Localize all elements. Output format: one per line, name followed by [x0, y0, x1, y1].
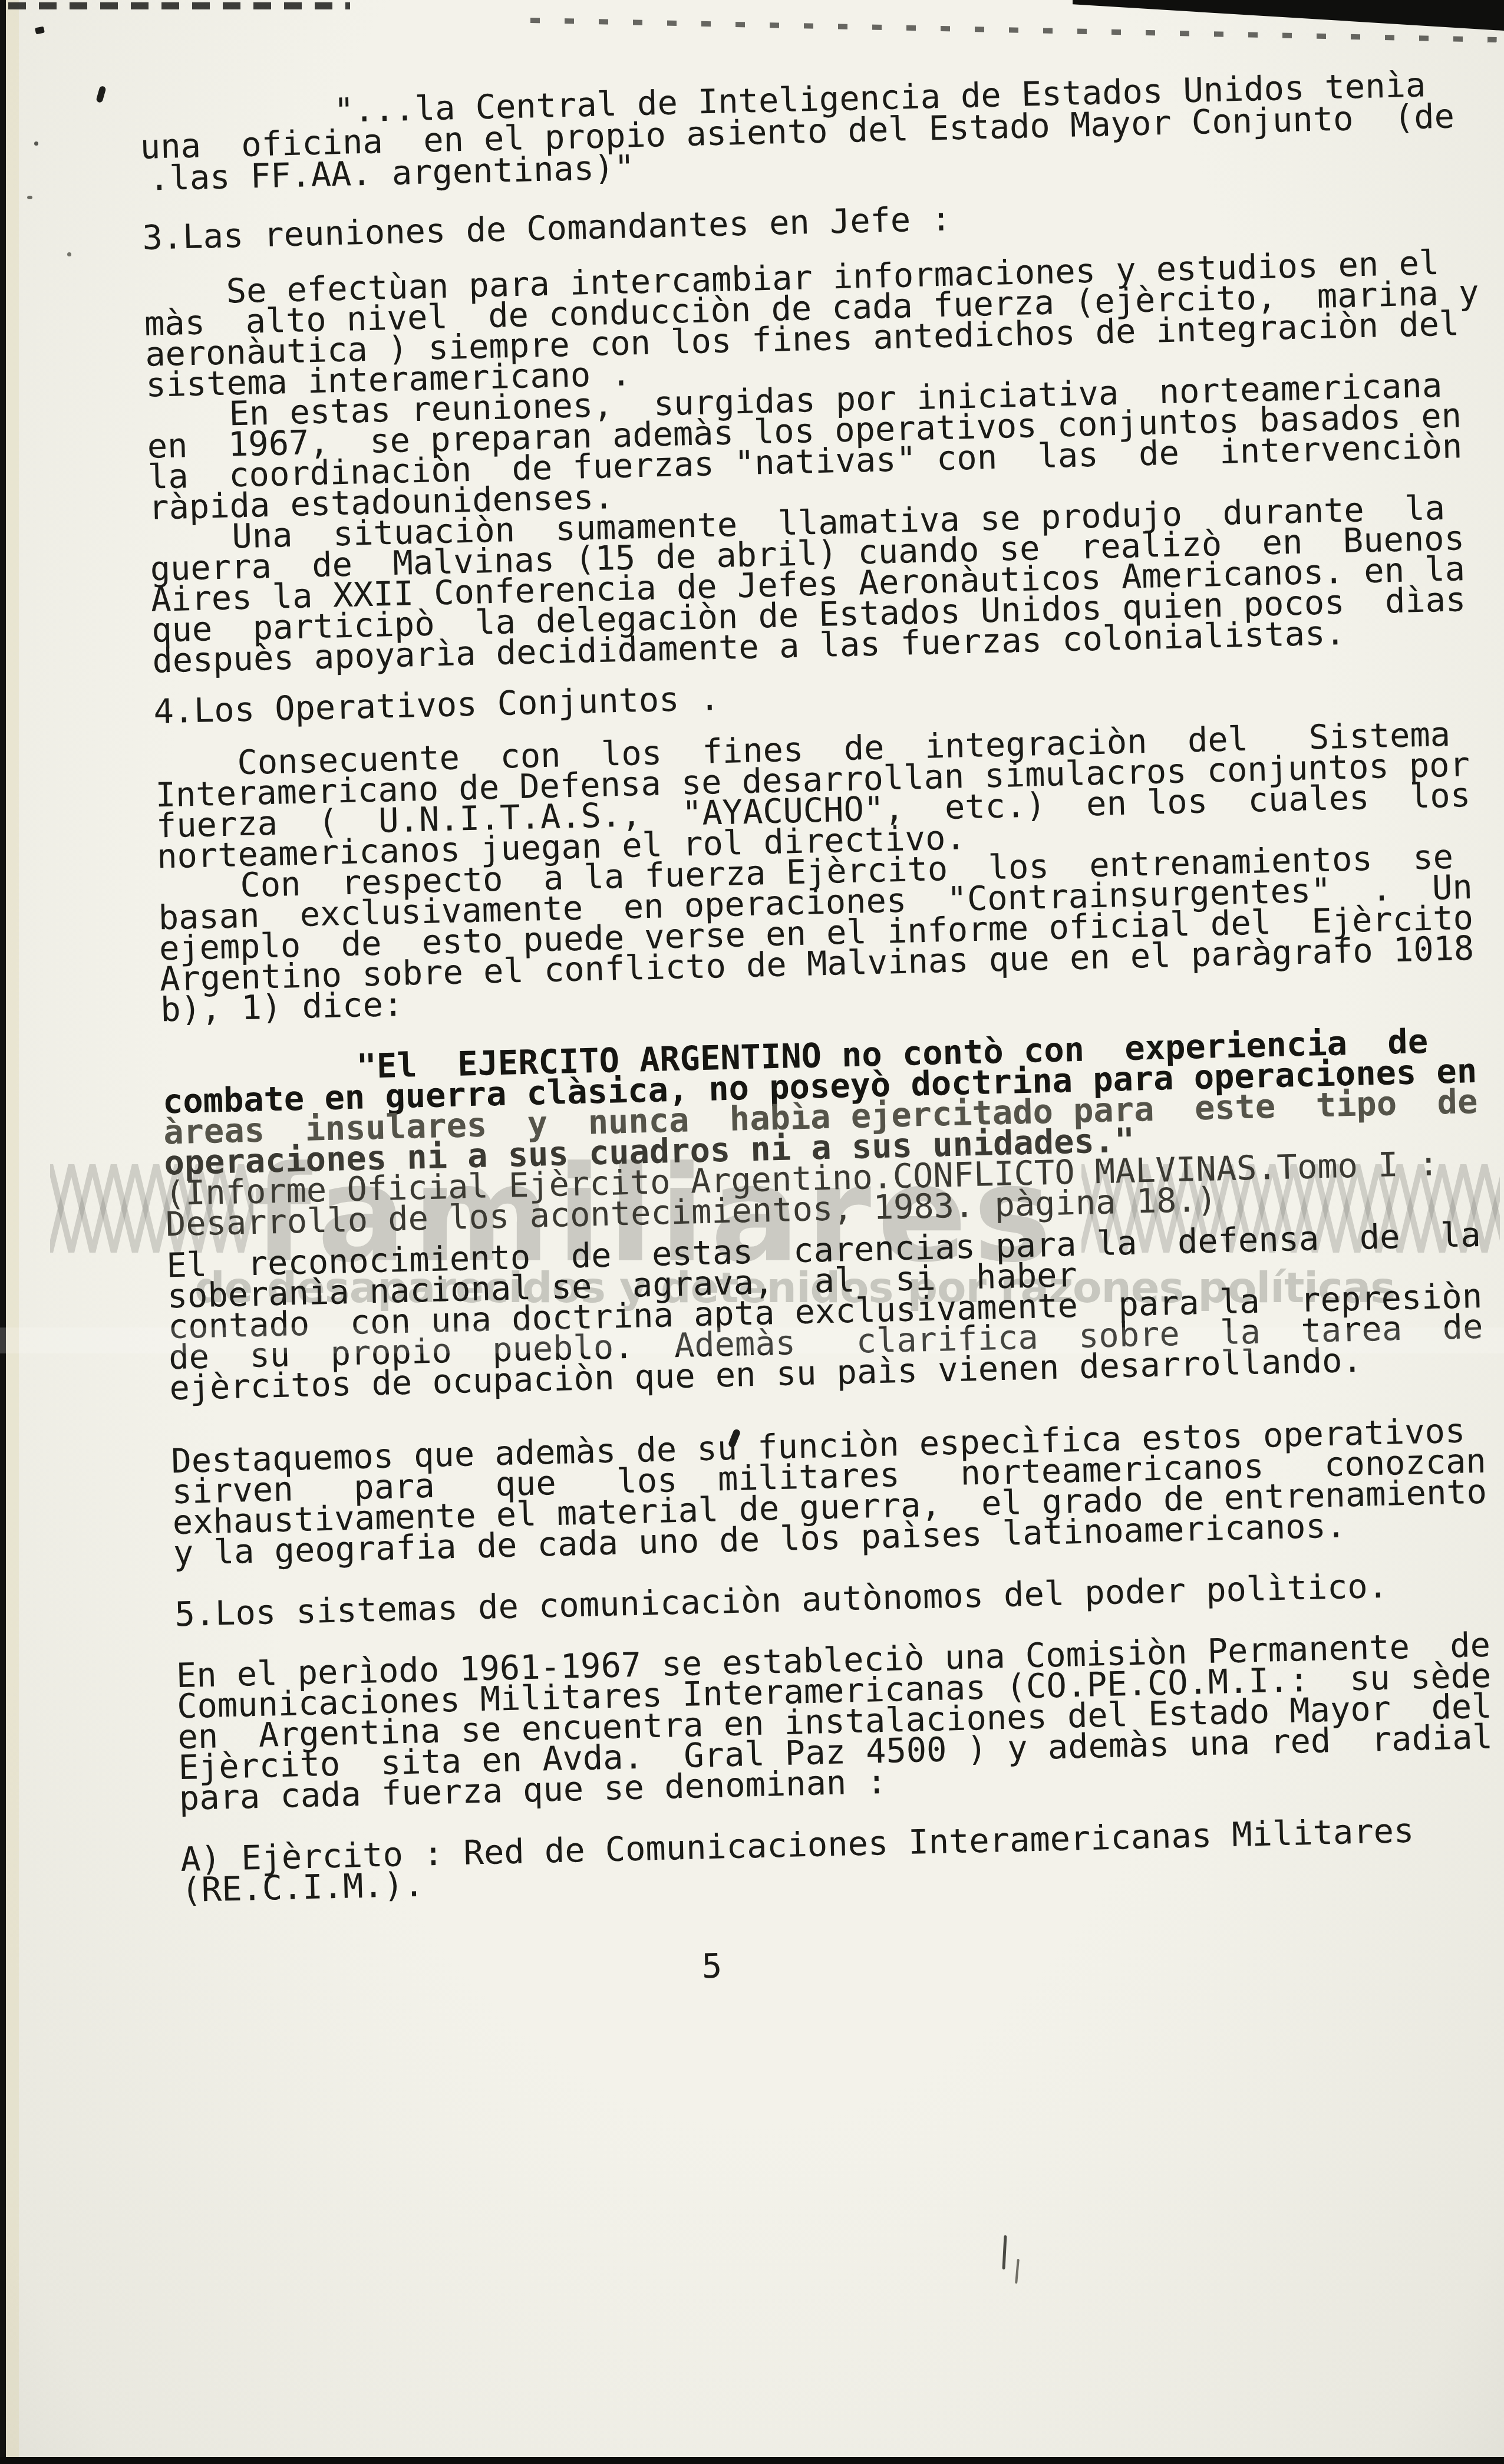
text-line: b), 1) dice:: [160, 988, 404, 1027]
text-line: (RE.C.I.M.).: [181, 1868, 424, 1908]
ink-speck: [34, 141, 38, 146]
scan-edge-left: [0, 0, 6, 2464]
section-heading-3: 3.Las reuniones de Comandantes en Jefe :: [142, 203, 952, 255]
page-number: 5: [701, 1950, 723, 1984]
ink-speck: [67, 252, 71, 256]
scanned-document-page: { "colors": { "paper": "#f1f0e8", "ink":…: [0, 0, 1504, 2464]
section-heading-5: 5.Los sistemas de comunicaciòn autònomos…: [174, 1570, 1388, 1632]
scan-edge-left-tint: [6, 0, 19, 2464]
typewritten-text: "...la Central de Inteligencia de Estado…: [137, 0, 1504, 2180]
scan-edge-bottom: [0, 2457, 1504, 2464]
scan-noise-top-dashes: [8, 2, 350, 9]
scan-light-band: [0, 1327, 1504, 1353]
section-heading-4: 4.Los Operativos Conjuntos .: [153, 682, 720, 729]
text-line: .las FF.AA. argentinas)": [141, 151, 635, 196]
ink-speck: [27, 196, 32, 199]
